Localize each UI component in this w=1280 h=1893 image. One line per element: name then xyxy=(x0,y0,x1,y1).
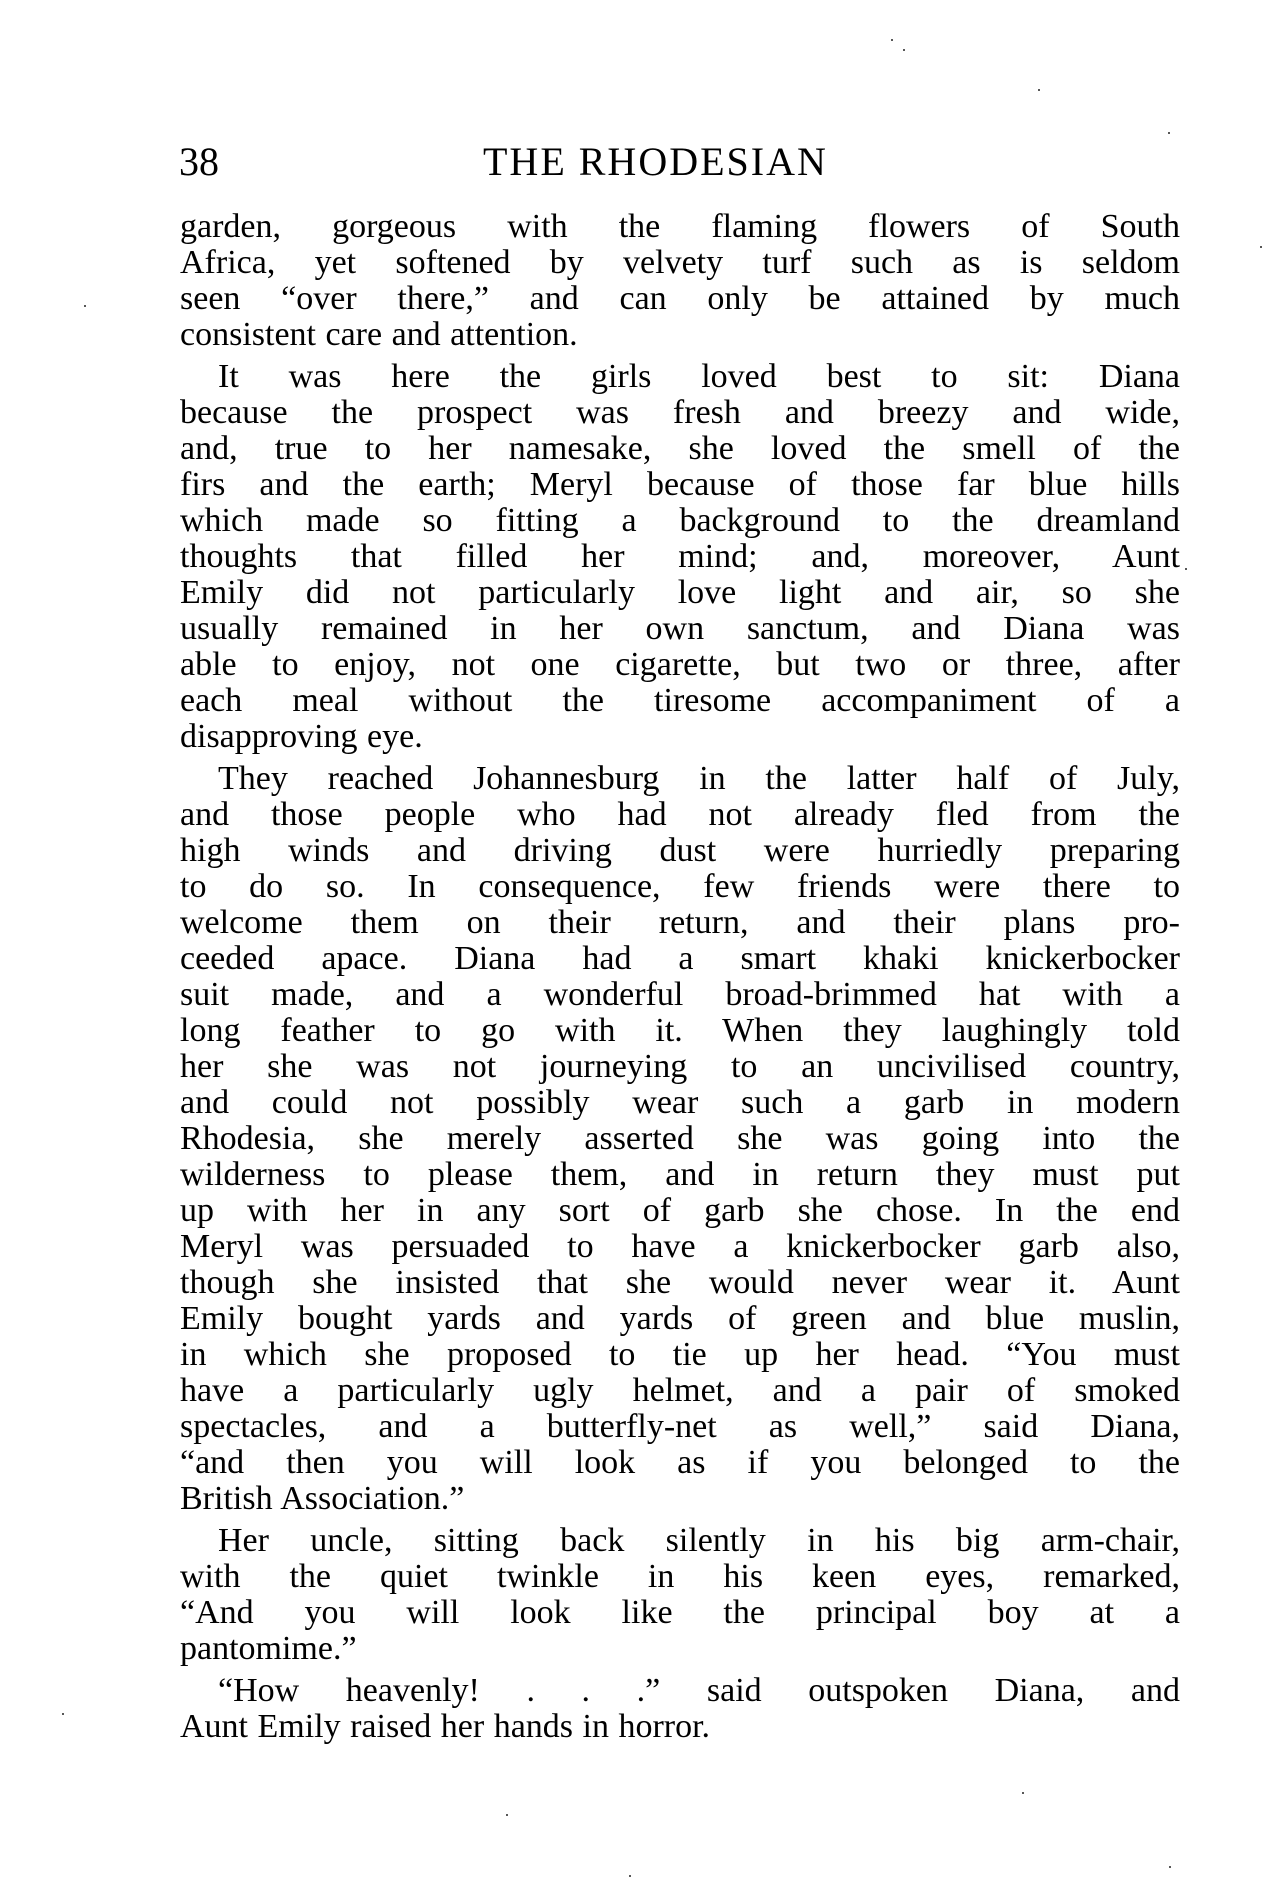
text-line: Africa, yet softened by velvety turf suc… xyxy=(180,245,1180,281)
scan-speck xyxy=(62,1713,64,1715)
text-line: usually remained in her own sanctum, and… xyxy=(180,611,1180,647)
text-line: consistent care and attention. xyxy=(180,317,1180,353)
text-line: It was here the girls loved best to sit:… xyxy=(180,359,1180,395)
text-line: ceeded apace. Diana had a smart khaki kn… xyxy=(180,941,1180,977)
scan-speck xyxy=(1169,1866,1171,1868)
scan-speck xyxy=(1168,132,1170,134)
text-line: firs and the earth; Meryl because of tho… xyxy=(180,467,1180,503)
text-line: Rhodesia, she merely asserted she was go… xyxy=(180,1121,1180,1157)
text-line: suit made, and a wonderful broad-brimmed… xyxy=(180,977,1180,1013)
text-line: which made so fitting a background to th… xyxy=(180,503,1180,539)
scan-speck xyxy=(1260,246,1262,248)
text-line: garden, gorgeous with the flaming flower… xyxy=(180,209,1180,245)
text-line: to do so. In consequence, few friends we… xyxy=(180,869,1180,905)
text-line: Emily bought yards and yards of green an… xyxy=(180,1301,1180,1337)
text-line: spectacles, and a butterfly-net as well,… xyxy=(180,1409,1180,1445)
text-line: up with her in any sort of garb she chos… xyxy=(180,1193,1180,1229)
text-line: They reached Johannesburg in the latter … xyxy=(180,761,1180,797)
text-line: long feather to go with it. When they la… xyxy=(180,1013,1180,1049)
running-title: THE RHODESIAN xyxy=(483,140,828,184)
text-line: pantomime.” xyxy=(180,1631,1180,1667)
scan-speck xyxy=(903,49,905,51)
paragraph: They reached Johannesburg in the latter … xyxy=(180,761,1180,1517)
paragraph: Her uncle, sitting back silently in his … xyxy=(180,1523,1180,1667)
scan-speck xyxy=(1185,568,1187,570)
paragraph: “How heavenly! . . .” said outspoken Dia… xyxy=(180,1673,1180,1745)
text-line: “How heavenly! . . .” said outspoken Dia… xyxy=(180,1673,1180,1709)
text-line: thoughts that filled her mind; and, more… xyxy=(180,539,1180,575)
text-line: because the prospect was fresh and breez… xyxy=(180,395,1180,431)
paragraph: It was here the girls loved best to sit:… xyxy=(180,359,1180,755)
text-line: disapproving eye. xyxy=(180,719,1180,755)
text-line: Emily did not particularly love light an… xyxy=(180,575,1180,611)
text-line: wilderness to please them, and in return… xyxy=(180,1157,1180,1193)
text-line: Aunt Emily raised her hands in horror. xyxy=(180,1709,1180,1745)
scan-speck xyxy=(1038,89,1040,91)
page-number: 38 xyxy=(179,140,219,184)
text-line: high winds and driving dust were hurried… xyxy=(180,833,1180,869)
scan-speck xyxy=(506,1814,508,1816)
scan-speck xyxy=(891,39,893,41)
text-line: her she was not journeying to an uncivil… xyxy=(180,1049,1180,1085)
paragraph: garden, gorgeous with the flaming flower… xyxy=(180,209,1180,353)
text-line: Meryl was persuaded to have a knickerboc… xyxy=(180,1229,1180,1265)
book-page: 38 THE RHODESIAN garden, gorgeous with t… xyxy=(0,0,1280,1893)
text-line: welcome them on their return, and their … xyxy=(180,905,1180,941)
text-line: and those people who had not already fle… xyxy=(180,797,1180,833)
text-line: able to enjoy, not one cigarette, but tw… xyxy=(180,647,1180,683)
scan-speck xyxy=(1022,1792,1024,1794)
text-line: “And you will look like the principal bo… xyxy=(180,1595,1180,1631)
text-line: with the quiet twinkle in his keen eyes,… xyxy=(180,1559,1180,1595)
text-line: British Association.” xyxy=(180,1481,1180,1517)
text-line: seen “over there,” and can only be attai… xyxy=(180,281,1180,317)
text-line: Her uncle, sitting back silently in his … xyxy=(180,1523,1180,1559)
text-line: in which she proposed to tie up her head… xyxy=(180,1337,1180,1373)
text-line: have a particularly ugly helmet, and a p… xyxy=(180,1373,1180,1409)
text-line: and, true to her namesake, she loved the… xyxy=(180,431,1180,467)
text-line: though she insisted that she would never… xyxy=(180,1265,1180,1301)
text-line: and could not possibly wear such a garb … xyxy=(180,1085,1180,1121)
text-line: each meal without the tiresome accompani… xyxy=(180,683,1180,719)
scan-speck xyxy=(629,1875,631,1877)
running-header: 38 THE RHODESIAN xyxy=(179,140,1180,184)
text-line: “and then you will look as if you belong… xyxy=(180,1445,1180,1481)
scan-speck xyxy=(84,305,86,307)
body-text: garden, gorgeous with the flaming flower… xyxy=(180,209,1180,1751)
